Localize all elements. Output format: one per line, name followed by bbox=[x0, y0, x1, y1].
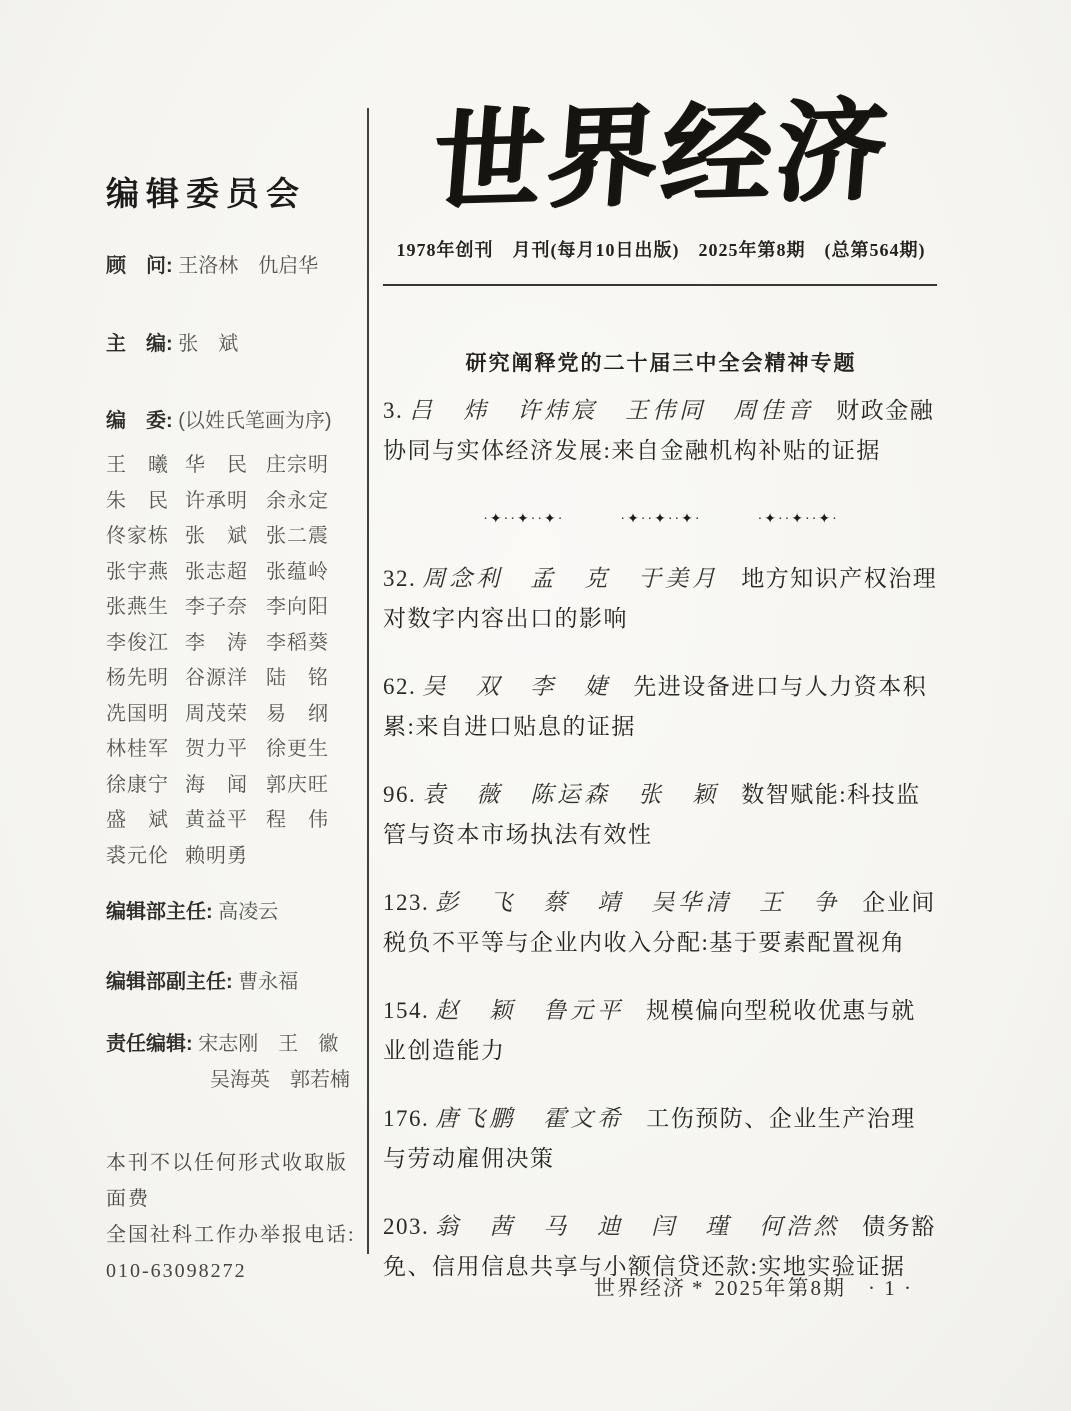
board-line: 编 委: (以姓氏笔画为序) bbox=[106, 406, 356, 436]
committee-member: 张宇燕 bbox=[106, 555, 185, 584]
editorial-committee-panel: 编辑委员会 顾 问: 王洛林 仇启华 主 编: 张 斌 编 委: (以姓氏笔画为… bbox=[106, 168, 356, 1289]
footer-page-number: · 1 · bbox=[868, 1276, 913, 1300]
committee-member: 黄益平 bbox=[185, 803, 266, 832]
committee-member: 张二震 bbox=[266, 519, 356, 548]
entry-page-number: 96. bbox=[383, 782, 416, 807]
entry-authors: 赵 颖 鲁元平 bbox=[435, 998, 624, 1023]
toc-entry: 62.吴 双 李 婕先进设备进口与人力资本积累:来自进口贴息的证据 bbox=[383, 667, 939, 747]
committee-member: 易 纲 bbox=[266, 697, 356, 726]
committee-member: 李向阳 bbox=[266, 590, 356, 619]
dept-head-label: 编辑部主任: bbox=[106, 901, 213, 923]
toc-entry: 154.赵 颖 鲁元平规模偏向型税收优惠与就业创造能力 bbox=[383, 991, 939, 1071]
committee-member: 谷源洋 bbox=[185, 661, 266, 690]
notice-line: 010-63098272 bbox=[106, 1253, 356, 1289]
advisor-line: 顾 问: 王洛林 仇启华 bbox=[106, 251, 356, 281]
page-footer: 世界经济*2025年第8期· 1 · bbox=[594, 1272, 913, 1302]
deputy-head-name: 曹永福 bbox=[238, 971, 298, 993]
managing-editors-line-2: 吴海英 郭若楠 bbox=[106, 1065, 356, 1095]
advisor-names: 王洛林 仇启华 bbox=[178, 255, 318, 277]
publication-info: 1978年创刊 月刊(每月10日出版) 2025年第8期 (总第564期) bbox=[383, 236, 939, 262]
masthead-rule bbox=[383, 284, 937, 286]
entry-authors: 彭 飞 蔡 靖 吴华清 王 争 bbox=[435, 890, 840, 915]
separator-ornament: ·✦··✦··✦· bbox=[758, 511, 839, 528]
footer-star: * bbox=[692, 1276, 705, 1300]
managing-editors-names-2: 吴海英 郭若楠 bbox=[210, 1069, 350, 1091]
column-divider-rule bbox=[367, 108, 369, 1254]
dept-head-line: 编辑部主任: 高凌云 bbox=[106, 897, 356, 927]
committee-member: 徐更生 bbox=[266, 732, 356, 761]
committee-member: 佟家栋 bbox=[106, 519, 185, 548]
committee-member: 杨先明 bbox=[106, 661, 185, 690]
committee-member: 赖明勇 bbox=[185, 839, 266, 868]
entry-page-number: 32. bbox=[383, 566, 416, 591]
committee-member: 裘元伦 bbox=[106, 839, 185, 868]
board-label: 编 委: bbox=[106, 410, 173, 432]
committee-member: 张蕴岭 bbox=[266, 555, 356, 584]
separator-ornament: ·✦··✦··✦· bbox=[620, 511, 701, 528]
masthead: 世界经济 1978年创刊 月刊(每月10日出版) 2025年第8期 (总第564… bbox=[383, 92, 939, 262]
entry-page-number: 3. bbox=[383, 398, 403, 423]
deputy-head-label: 编辑部副主任: bbox=[106, 971, 233, 993]
managing-editors-label: 责任编辑: bbox=[106, 1033, 193, 1055]
advisor-label: 顾 问: bbox=[106, 255, 173, 277]
entry-page-number: 123. bbox=[383, 890, 429, 915]
deputy-head-line: 编辑部副主任: 曹永福 bbox=[106, 967, 356, 997]
entry-page-number: 176. bbox=[383, 1106, 429, 1131]
committee-member: 林桂军 bbox=[106, 732, 185, 761]
managing-editors-names-1: 宋志刚 王 徽 bbox=[198, 1033, 338, 1055]
committee-member: 徐康宁 bbox=[106, 768, 185, 797]
managing-editors-line: 责任编辑: 宋志刚 王 徽 bbox=[106, 1029, 356, 1059]
committee-member: 程 伟 bbox=[266, 803, 356, 832]
committee-member: 许承明 bbox=[185, 484, 266, 513]
committee-member: 盛 斌 bbox=[106, 803, 185, 832]
entry-authors: 袁 薇 陈运森 张 颖 bbox=[422, 782, 719, 807]
board-note: (以姓氏笔画为序) bbox=[178, 410, 331, 432]
entry-authors: 周念利 孟 克 于美月 bbox=[422, 566, 719, 591]
entry-page-number: 203. bbox=[383, 1214, 429, 1239]
toc-entry: 176.唐飞鹏 霍文希工伤预防、企业生产治理与劳动雇佣决策 bbox=[383, 1099, 939, 1179]
entry-authors: 吴 双 李 婕 bbox=[422, 674, 611, 699]
committee-member: 李 涛 bbox=[185, 626, 266, 655]
special-section-title: 研究阐释党的二十届三中全会精神专题 bbox=[383, 347, 939, 377]
committee-member: 郭庆旺 bbox=[266, 768, 356, 797]
notice-line: 全国社科工作办举报电话: bbox=[106, 1217, 356, 1253]
toc-entry: 123.彭 飞 蔡 靖 吴华清 王 争企业间税负不平等与企业内收入分配:基于要素… bbox=[383, 883, 939, 963]
footer-issue: 2025年第8期 bbox=[715, 1276, 847, 1300]
chief-editor-label: 主 编: bbox=[106, 333, 173, 355]
committee-member: 庄宗明 bbox=[266, 448, 356, 477]
toc-entry: 96.袁 薇 陈运森 张 颖数智赋能:科技监管与资本市场执法有效性 bbox=[383, 775, 939, 855]
separator-ornament: ·✦··✦··✦· bbox=[483, 511, 564, 528]
chief-editor-name: 张 斌 bbox=[178, 333, 238, 355]
entry-page-number: 154. bbox=[383, 998, 429, 1023]
journal-calligraphy-title: 世界经济 bbox=[377, 85, 945, 230]
committee-member: 王 曦 bbox=[106, 448, 185, 477]
dept-head-name: 高凌云 bbox=[218, 901, 278, 923]
toc-entry: 32.周念利 孟 克 于美月地方知识产权治理对数字内容出口的影响 bbox=[383, 559, 939, 639]
committee-member: 周茂荣 bbox=[185, 697, 266, 726]
committee-member: 海 闻 bbox=[185, 768, 266, 797]
committee-member: 张志超 bbox=[185, 555, 266, 584]
committee-member: 李稻葵 bbox=[266, 626, 356, 655]
notice-line: 本刊不以任何形式收取版面费 bbox=[106, 1145, 356, 1217]
committee-member: 华 民 bbox=[185, 448, 266, 477]
committee-grid: 王 曦华 民庄宗明朱 民许承明余永定佟家栋张 斌张二震张宇燕张志超张蕴岭张燕生李… bbox=[106, 445, 356, 871]
committee-member: 张燕生 bbox=[106, 590, 185, 619]
decorative-separator: ·✦··✦··✦· ·✦··✦··✦· ·✦··✦··✦· bbox=[383, 499, 939, 539]
footer-journal-name: 世界经济 bbox=[594, 1276, 686, 1300]
notice-block: 本刊不以任何形式收取版面费全国社科工作办举报电话:010-63098272 bbox=[106, 1145, 356, 1289]
chief-editor-line: 主 编: 张 斌 bbox=[106, 329, 356, 359]
committee-member: 贺力平 bbox=[185, 732, 266, 761]
entry-authors: 翁 茜 马 迪 闫 瑾 何浩然 bbox=[435, 1214, 840, 1239]
committee-member: 冼国明 bbox=[106, 697, 185, 726]
committee-member: 李俊江 bbox=[106, 626, 185, 655]
entry-page-number: 62. bbox=[383, 674, 416, 699]
committee-member: 陆 铭 bbox=[266, 661, 356, 690]
journal-toc-page: { "left_panel": { "title": "编辑委员会", "adv… bbox=[0, 0, 1071, 1411]
entry-authors: 吕 炜 许炜宸 王伟同 周佳音 bbox=[409, 398, 814, 423]
committee-member: 朱 民 bbox=[106, 484, 185, 513]
committee-member: 李子奈 bbox=[185, 590, 266, 619]
committee-member: 张 斌 bbox=[185, 519, 266, 548]
toc-entry: 3.吕 炜 许炜宸 王伟同 周佳音财政金融协同与实体经济发展:来自金融机构补贴的… bbox=[383, 391, 939, 471]
committee-title: 编辑委员会 bbox=[106, 168, 356, 215]
entry-authors: 唐飞鹏 霍文希 bbox=[435, 1106, 624, 1131]
table-of-contents: 研究阐释党的二十届三中全会精神专题 3.吕 炜 许炜宸 王伟同 周佳音财政金融协… bbox=[383, 347, 939, 1315]
committee-member: 余永定 bbox=[266, 484, 356, 513]
